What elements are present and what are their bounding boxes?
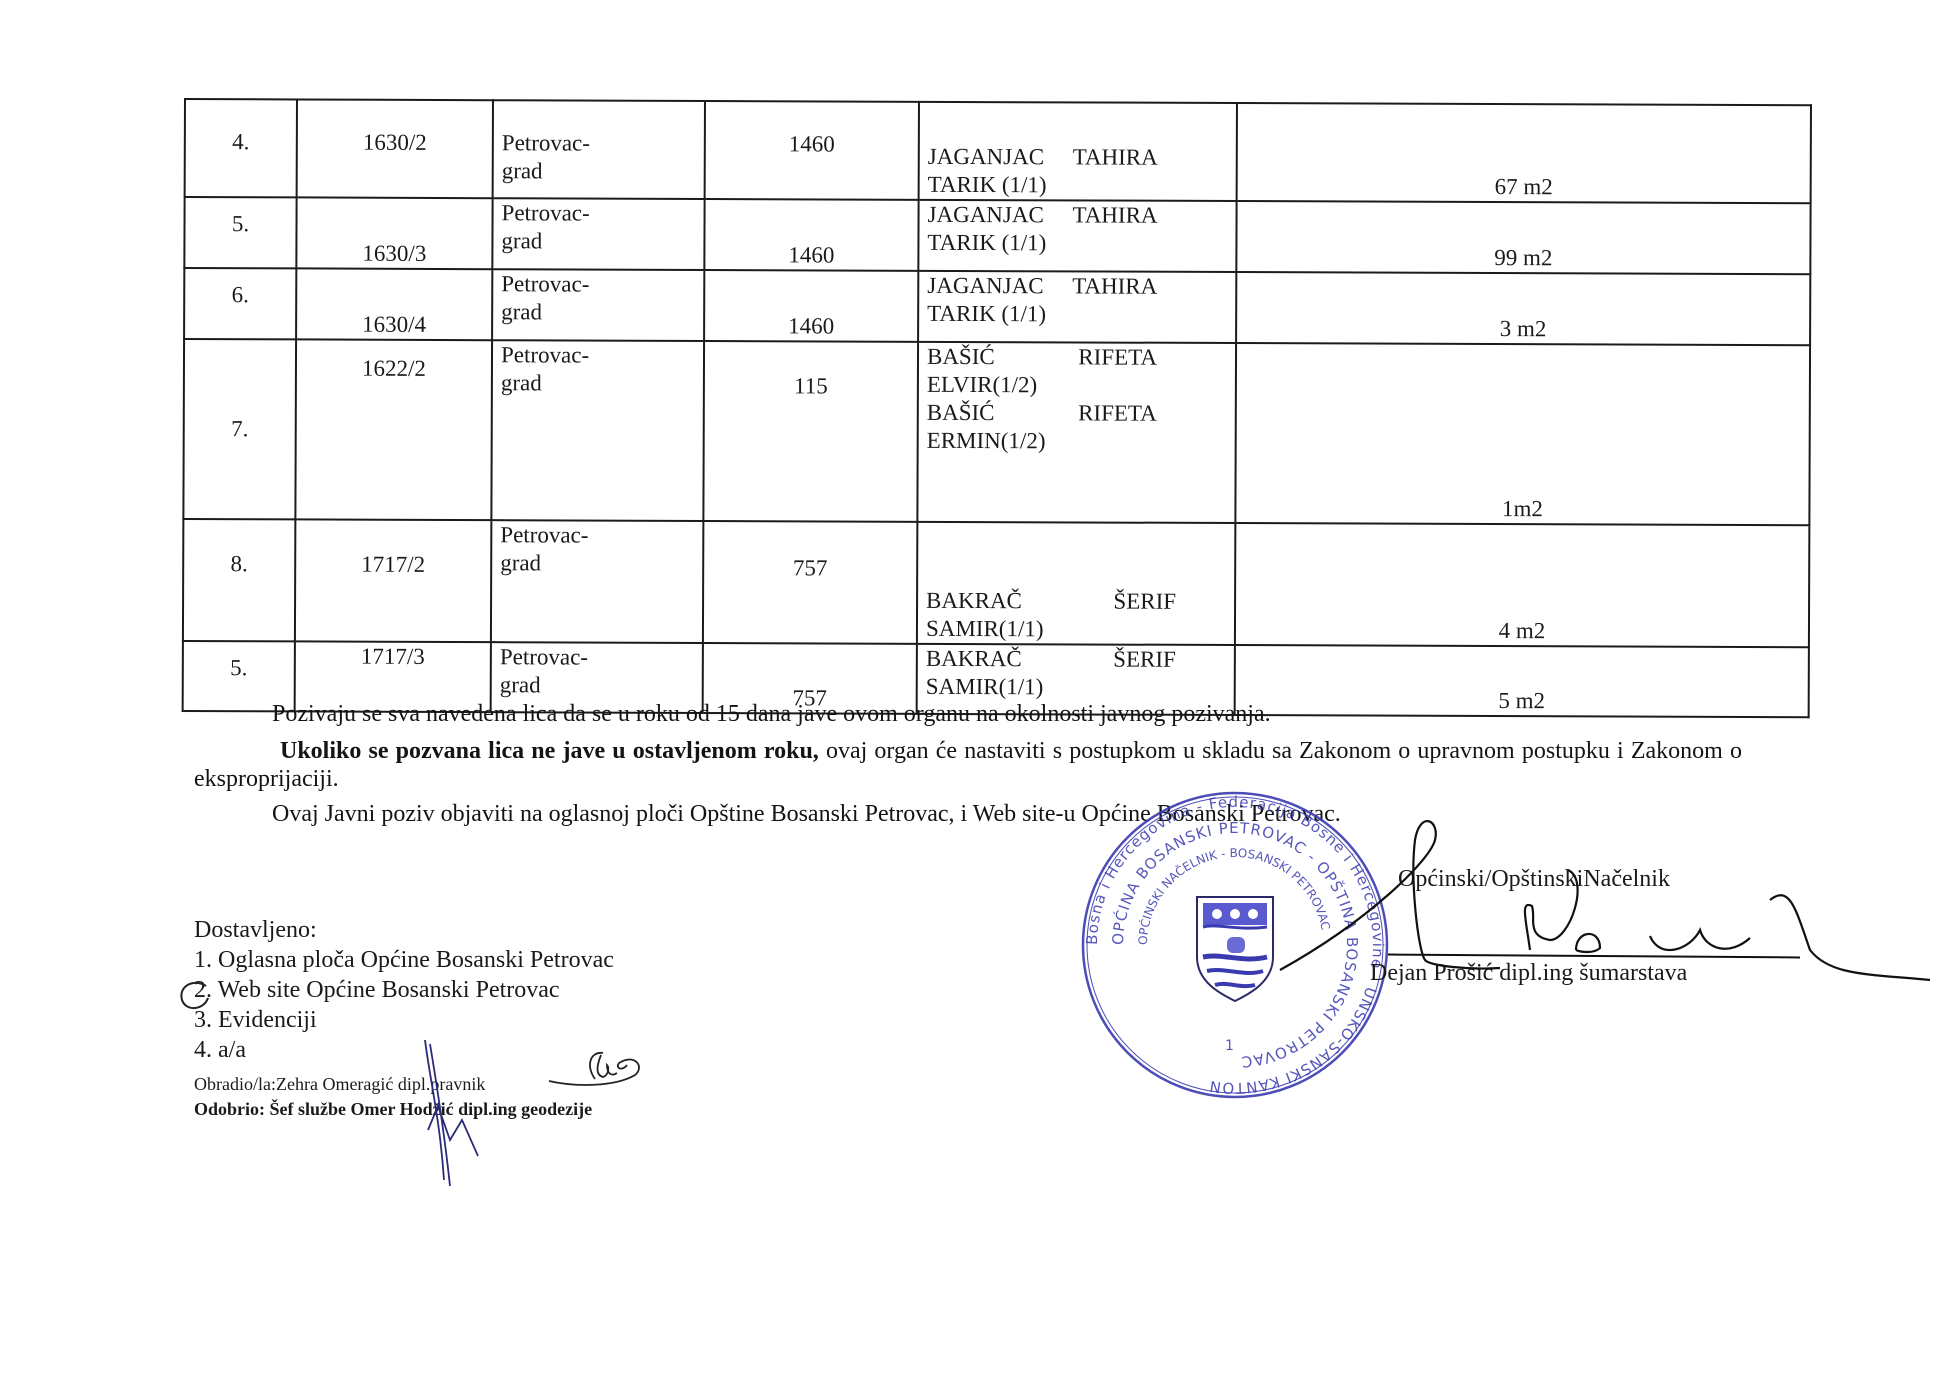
signatory-name: Dejan Prošić dipl.ing šumarstava (1370, 960, 1687, 987)
table-row: 7. 1622/2 Petrovac- grad 115 BAŠIĆRIFETA… (183, 339, 1810, 525)
distribution-item: 3. Evidenciji (194, 1005, 614, 1035)
cadastral-municipality: Petrovac- grad (491, 340, 704, 521)
parcel-number: 1717/2 (295, 519, 491, 642)
table-row: 8. 1717/2 Petrovac- grad 757 BAKRAČŠERIF… (183, 519, 1809, 647)
area: 3 m2 (1236, 272, 1810, 345)
land-register-number: 1460 (704, 199, 918, 271)
processed-by: Obradio/la:Zehra Omeragić dipl.pravnik (194, 1073, 485, 1095)
cadastral-municipality: Petrovac- grad (492, 198, 704, 270)
approved-by: Odobrio: Šef službe Omer Hodžić dipl.ing… (194, 1098, 592, 1120)
svg-text:Bosna i Hercegovina - Federaci: Bosna i Hercegovina - Federacija Bosne i… (1083, 793, 1387, 1097)
document-page: 4. 1630/2 Petrovac- grad 1460 JAGANJACTA… (0, 0, 1953, 1388)
signature-title: Općinski/OpštinskiNačelnik (1398, 866, 1670, 893)
area: 99 m2 (1236, 201, 1810, 274)
row-number: 4. (185, 99, 297, 197)
svg-text:OPĆINA BOSANSKI PETROVAC - OPŠ: OPĆINA BOSANSKI PETROVAC - OPŠTINA BOSAN… (1109, 819, 1361, 1071)
land-register-number: 1460 (705, 101, 919, 200)
land-register-number: 115 (703, 341, 918, 522)
parcels-table: 4. 1630/2 Petrovac- grad 1460 JAGANJACTA… (182, 98, 1812, 718)
table-row: 4. 1630/2 Petrovac- grad 1460 JAGANJACTA… (185, 99, 1811, 203)
cadastral-municipality: Petrovac- grad (492, 269, 704, 341)
row-number: 8. (183, 519, 295, 641)
cadastral-municipality: Petrovac- grad (491, 520, 703, 643)
publication-paragraph: Ovaj Javni poziv objaviti na oglasnoj pl… (272, 800, 1341, 828)
row-number: 7. (183, 339, 296, 519)
owner-cell: BAKRAČŠERIF SAMIR(1/1) (917, 522, 1235, 645)
owner-line: JAGANJACTAHIRA (928, 143, 1228, 172)
area: 67 m2 (1237, 103, 1811, 203)
consequence-paragraph: Ukoliko se pozvana lica ne jave u ostavl… (194, 737, 1742, 793)
area: 5 m2 (1235, 645, 1809, 717)
consequence-bold: Ukoliko se pozvana lica ne jave u ostavl… (280, 738, 819, 764)
parcel-number: 1630/4 (296, 268, 492, 340)
svg-text:1: 1 (1225, 1038, 1234, 1054)
parcel-number: 1630/3 (296, 197, 492, 269)
row-number: 6. (184, 268, 296, 339)
area: 1m2 (1235, 343, 1810, 525)
parcel-number: 1630/2 (297, 99, 493, 198)
signature-line (1388, 954, 1800, 959)
owner-cell: JAGANJACTAHIRA TARIK (1/1) (919, 102, 1237, 201)
distribution-item: 1. Oglasna ploča Općine Bosanski Petrova… (194, 945, 614, 975)
table-row: 5. 1630/3 Petrovac- grad 1460 JAGANJACTA… (184, 197, 1810, 274)
cadastral-municipality: Petrovac- grad (493, 100, 705, 199)
svg-text:OPĆINSKI NAČELNIK - BOSANSKI P: OPĆINSKI NAČELNIK - BOSANSKI PETROVAC (1136, 846, 1333, 945)
summons-paragraph: Pozivaju se sva navedena lica da se u ro… (272, 700, 1271, 728)
distribution-heading: Dostavljeno: (194, 915, 614, 945)
land-register-number: 1460 (704, 270, 918, 342)
distribution-item: 4. a/a (194, 1035, 614, 1065)
distribution-item: 2. Web site Općine Bosanski Petrovac (194, 975, 614, 1005)
distribution-list: Dostavljeno: 1. Oglasna ploča Općine Bos… (194, 915, 614, 1065)
land-register-number: 757 (703, 521, 917, 644)
owner-cell: BAŠIĆRIFETA ELVIR(1/2) BAŠIĆRIFETA ERMIN… (917, 342, 1236, 523)
table-row: 6. 1630/4 Petrovac- grad 1460 JAGANJACTA… (184, 268, 1810, 345)
parcel-number: 1622/2 (295, 339, 492, 520)
owner-cell: JAGANJACTAHIRA TARIK (1/1) (918, 271, 1236, 343)
owner-cell: JAGANJACTAHIRA TARIK (1/1) (918, 200, 1236, 272)
row-number: 5. (184, 197, 296, 268)
official-stamp-icon: Bosna i Hercegovina - Federacija Bosne i… (1075, 785, 1395, 1105)
area: 4 m2 (1235, 523, 1809, 647)
